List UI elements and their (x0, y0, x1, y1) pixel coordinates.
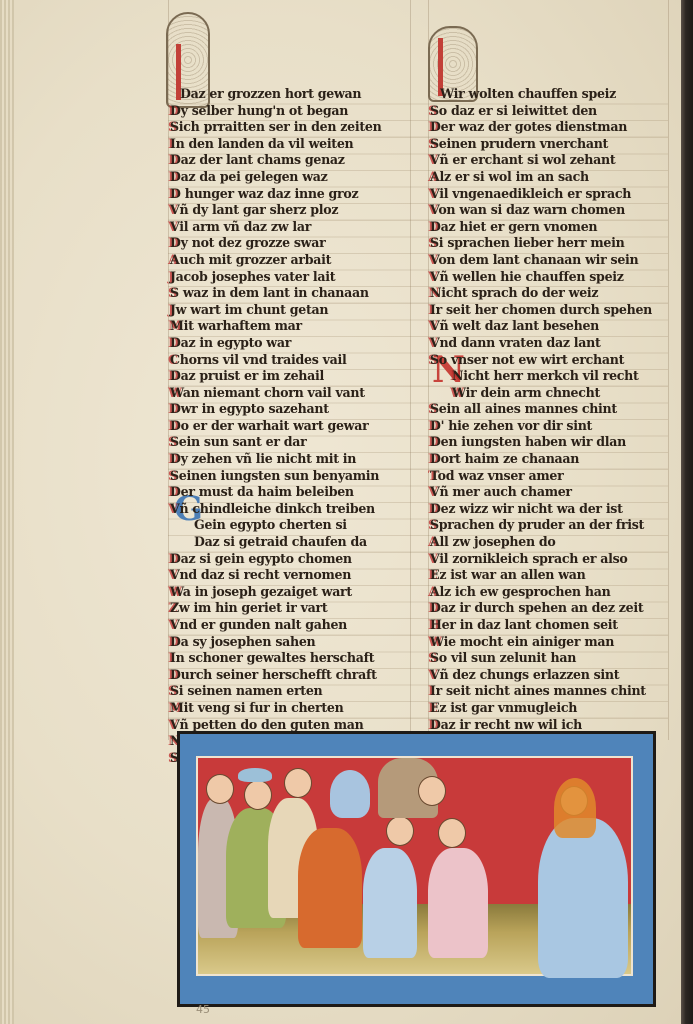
verse-line: Daz in egypto war (170, 335, 420, 352)
verse-line: D' hie zehen vor dir sint (430, 418, 680, 435)
verse-line: Vñ er erchant si wol zehant (430, 152, 680, 169)
verse-line: Dwr in egypto sazehant (170, 401, 420, 418)
figure-hat-blue (238, 768, 272, 782)
verse-line: Vnd er gunden nalt gahen (170, 617, 420, 634)
verse-line: Gein egypto cherten si (170, 517, 420, 534)
verse-line: Daz hiet er gern vnomen (430, 219, 680, 236)
miniature-illustration (177, 731, 656, 1007)
joseph-headcloth (554, 778, 596, 838)
verse-line: Der waz der gotes dienstman (430, 119, 680, 136)
ruling-column-right (428, 0, 429, 740)
figure-head (386, 816, 414, 846)
verse-line: So daz er si leiwittet den (430, 103, 680, 120)
verse-line: Ir seit nicht aines mannes chint (430, 683, 680, 700)
verse-line: Jw wart im chunt getan (170, 302, 420, 319)
verse-line: Ir seit her chomen durch spehen (430, 302, 680, 319)
verse-line: Seinen iungsten sun benyamin (170, 468, 420, 485)
verse-line: Wie mocht ein ainiger man (430, 634, 680, 651)
verse-line: Sprachen dy pruder an der frist (430, 517, 680, 534)
verse-line: Dy zehen vñ lie nicht mit in (170, 451, 420, 468)
verse-line: Den iungsten haben wir dlan (430, 434, 680, 451)
figure-head (206, 774, 234, 804)
verse-line: Nicht herr merkch vil recht (430, 368, 680, 385)
verse-line: Vñ dy lant gar sherz ploz (170, 202, 420, 219)
page-edge-shadow (681, 0, 693, 1024)
verse-line: Vil vngenaedikleich er sprach (430, 186, 680, 203)
verse-line: Der must da haim beleiben (170, 484, 420, 501)
verse-line: Vñ wellen hie chauffen speiz (430, 269, 680, 286)
verse-line: Sich prraitten ser in den zeiten (170, 119, 420, 136)
figure-joseph (538, 818, 628, 978)
figure-head (244, 780, 272, 810)
verse-line: Do er der warhait wart gewar (170, 418, 420, 435)
verse-line: Chorns vil vnd traides vail (170, 352, 420, 369)
verse-line: Wan niemant chorn vail vant (170, 385, 420, 402)
verse-line: Wir wolten chauffen speiz (430, 86, 680, 103)
illustration-red-field (196, 756, 633, 976)
verse-line: Wa in joseph gezaiget wart (170, 584, 420, 601)
verse-line: Dy selber hung'n ot began (170, 103, 420, 120)
verse-line: Von dem lant chanaan wir sein (430, 252, 680, 269)
verse-line: Sein all aines mannes chint (430, 401, 680, 418)
verse-line: Wir dein arm chnecht (430, 385, 680, 402)
verse-line: Alz ich ew gesprochen han (430, 584, 680, 601)
figure-head (418, 776, 446, 806)
verse-line: Auch mit grozzer arbait (170, 252, 420, 269)
figure-hood-blue (330, 770, 370, 818)
verse-line: So vil sun zelunit han (430, 650, 680, 667)
verse-line: Mit warhaftem mar (170, 318, 420, 335)
folio-number: 45 (196, 1003, 210, 1016)
verse-line: Von wan si daz warn chomen (430, 202, 680, 219)
verse-line: Daz si gein egypto chomen (170, 551, 420, 568)
verse-line: Daz pruist er im zehail (170, 368, 420, 385)
verse-line: Seinen prudern vnerchant (430, 136, 680, 153)
verse-line: So vnser not ew wirt erchant (430, 352, 680, 369)
book-gutter (0, 0, 14, 1024)
verse-line: Daz ir durch spehen an dez zeit (430, 600, 680, 617)
figure-head (284, 768, 312, 798)
verse-line: Dort haim ze chanaan (430, 451, 680, 468)
verse-line: Alz er si wol im an sach (430, 169, 680, 186)
verse-line: Vnd daz si recht vernomen (170, 567, 420, 584)
verse-line: Dy not dez grozze swar (170, 235, 420, 252)
verse-line: Nicht sprach do der weiz (430, 285, 680, 302)
verse-line: Daz er grozzen hort gewan (170, 86, 420, 103)
verse-line: Durch seiner herschefft chraft (170, 667, 420, 684)
verse-line: In den landen da vil weiten (170, 136, 420, 153)
verse-line: Vil zornikleich sprach er also (430, 551, 680, 568)
figure-brother-pink (428, 848, 488, 958)
verse-line: Daz da pei gelegen waz (170, 169, 420, 186)
verse-line: Tod waz vnser amer (430, 468, 680, 485)
verse-line: Ez ist gar vnmugleich (430, 700, 680, 717)
verse-line: Daz der lant chams genaz (170, 152, 420, 169)
verse-line: Dez wizz wir nicht wa der ist (430, 501, 680, 518)
verse-line: Vil arm vñ daz zw lar (170, 219, 420, 236)
verse-line: Vñ welt daz lant besehen (430, 318, 680, 335)
verse-line: Vñ dez chungs erlazzen sint (430, 667, 680, 684)
verse-line: Vñ chindleiche dinkch treiben (170, 501, 420, 518)
ruling-margin-left (168, 0, 169, 740)
verse-line: Vnd dann vraten daz lant (430, 335, 680, 352)
verse-line: Si seinen namen erten (170, 683, 420, 700)
verse-line: Si sprachen lieber herr mein (430, 235, 680, 252)
verse-line: D hunger waz daz inne groz (170, 186, 420, 203)
verse-line: Daz si getraid chaufen da (170, 534, 420, 551)
verse-line: All zw josephen do (430, 534, 680, 551)
verse-line: Sein sun sant er dar (170, 434, 420, 451)
verse-line: Da sy josephen sahen (170, 634, 420, 651)
verse-line: S waz in dem lant in chanaan (170, 285, 420, 302)
verse-line: Mit veng si fur in cherten (170, 700, 420, 717)
verse-line: Vñ mer auch chamer (430, 484, 680, 501)
text-column-left: Daz er grozzen hort gewanDy selber hung'… (170, 86, 420, 766)
verse-line: Ez ist war an allen wan (430, 567, 680, 584)
verse-line: Jacob josephes vater lait (170, 269, 420, 286)
verse-line: Her in daz lant chomen seit (430, 617, 680, 634)
figure-head (438, 818, 466, 848)
verse-line: In schoner gewaltes herschaft (170, 650, 420, 667)
text-column-right: Wir wolten chauffen speizSo daz er si le… (430, 86, 680, 766)
figure-brother-lightblue (363, 848, 417, 958)
figure-brother-orange (298, 828, 362, 948)
verse-line: Zw im hin geriet ir vart (170, 600, 420, 617)
